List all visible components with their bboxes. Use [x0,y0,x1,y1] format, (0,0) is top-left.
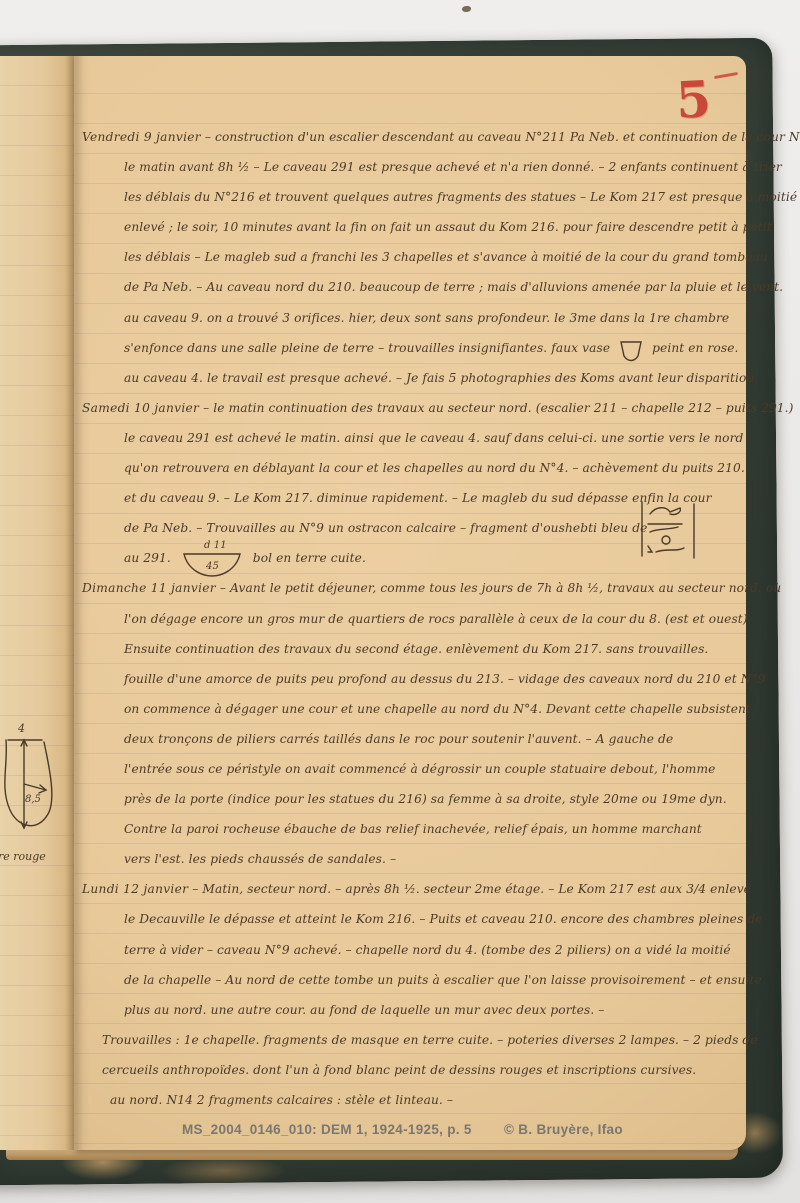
journal-line: au nord. N14 2 fragments calcaires : stè… [78,1085,746,1115]
entry-text: les déblais – Le magleb sud a franchi le… [124,250,768,264]
folio-number: 5 [674,69,712,130]
entry-text: Contre la paroi rocheuse ébauche de bas … [124,822,702,836]
manuscript-id: MS_2004_0146_010: DEM 1, 1924-1925, p. 5 [182,1122,472,1137]
entry-text: l'entrée sous ce péristyle on avait comm… [124,762,715,776]
journal-line: près de la porte (indice pour les statue… [78,784,746,814]
journal-line: Ensuite continuation des travaux du seco… [78,634,746,664]
entry-text: Ensuite continuation des travaux du seco… [124,642,708,656]
entry-text: au caveau 4. le travail est presque ache… [124,371,754,385]
date-heading: Samedi 10 janvier [82,401,199,415]
journal-line: on commence à dégager une cour et une ch… [78,694,746,724]
margin-dim-top: 4 [17,722,25,735]
journal-line: cercueils anthropoïdes. dont l'un à fond… [78,1055,746,1085]
journal-text: Vendredi 9 janvier – construction d'un e… [78,122,746,1115]
journal-line-with-vase: s'enfonce dans une salle pleine de terre… [78,333,746,363]
entry-text: on commence à dégager une cour et une ch… [124,702,751,716]
journal-line: de Pa Neb. – Au caveau nord du 210. beau… [78,272,746,302]
entry-text: – Avant le petit déjeuner, comme tous le… [220,581,781,595]
entry-text: Trouvailles : 1e chapelle. fragments de … [102,1033,758,1047]
journal-line: le Decauville le dépasse et atteint le K… [78,904,746,934]
journal-line: vers l'est. les pieds chaussés de sandal… [78,844,746,874]
entry-text: – construction d'un escalier descendant … [205,130,800,144]
copyright-credit: © B. Bruyère, Ifao [504,1122,623,1137]
entry-text: s'enfonce dans une salle pleine de terre… [124,341,610,355]
journal-line: au caveau 4. le travail est presque ache… [78,363,746,393]
journal-line: les déblais – Le magleb sud a franchi le… [78,242,746,272]
entry-text: deux tronçons de piliers carrés taillés … [124,732,673,746]
entry-text: au nord. N14 2 fragments calcaires : stè… [110,1093,453,1107]
entry-text: qu'on retrouvera en déblayant la cour et… [124,461,745,475]
journal-line: le matin avant 8h ½ – Le caveau 291 est … [78,152,746,182]
entry-text: l'on dégage encore un gros mur de quarti… [124,612,748,626]
entry-date-line: Samedi 10 janvier – le matin continuatio… [78,393,746,423]
bowl-dim-label: d 11 [204,540,227,551]
entry-text: plus au nord. une autre cour. au fond de… [124,1003,604,1017]
journal-line: plus au nord. une autre cour. au fond de… [78,995,746,1025]
entry-text: peint en rose. [652,341,738,355]
entry-text: le caveau 291 est achevé le matin. ainsi… [124,431,743,445]
entry-date-line: Dimanche 11 janvier – Avant le petit déj… [78,573,746,603]
entry-text: le matin avant 8h ½ – Le caveau 291 est … [124,160,782,174]
margin-caption: re rouge [0,850,46,863]
entry-text: près de la porte (indice pour les statue… [124,792,727,806]
journal-line: et du caveau 9. – Le Kom 217. diminue ra… [78,483,746,513]
entry-text: et du caveau 9. – Le Kom 217. diminue ra… [124,491,712,505]
journal-line: le caveau 291 est achevé le matin. ainsi… [78,423,746,453]
entry-text: cercueils anthropoïdes. dont l'un à fond… [102,1063,696,1077]
journal-line: au caveau 9. on a trouvé 3 orifices. hie… [78,303,746,333]
entry-text: enlevé ; le soir, 10 minutes avant la fi… [124,220,772,234]
entry-text: de la chapelle – Au nord de cette tombe … [124,973,762,987]
journal-line: l'entrée sous ce péristyle on avait comm… [78,754,746,784]
bowl-number-label: 45 [205,561,219,572]
journal-line: deux tronçons de piliers carrés taillés … [78,724,746,754]
entry-text: – le matin continuation des travaux au s… [203,401,793,415]
journal-line: fouille d'une amorce de puits peu profon… [78,664,746,694]
journal-line: Trouvailles : 1e chapelle. fragments de … [78,1025,746,1055]
journal-line: Contre la paroi rocheuse ébauche de bas … [78,814,746,844]
entry-text: fouille d'une amorce de puits peu profon… [124,672,766,686]
ink-speck [462,6,471,12]
entry-text: au 291. [124,551,171,565]
journal-line: l'on dégage encore un gros mur de quarti… [78,604,746,634]
entry-text: vers l'est. les pieds chaussés de sandal… [124,852,396,866]
entry-text: au caveau 9. on a trouvé 3 orifices. hie… [124,311,729,325]
journal-line-with-bowl: au 291. d 11 45 bol en terre cuite. [78,543,746,573]
date-heading: Vendredi 9 janvier [82,130,201,144]
journal-line: qu'on retrouvera en déblayant la cour et… [78,453,746,483]
entry-text: de Pa Neb. – Trouvailles au N°9 un ostra… [124,521,647,535]
date-heading: Lundi 12 janvier [82,882,188,896]
entry-text: le Decauville le dépasse et atteint le K… [124,912,763,926]
journal-line: terre à vider – caveau N°9 achevé. – cha… [78,935,746,965]
faux-vase-sketch [619,338,643,364]
bowl-sketch: d 11 45 [180,538,244,578]
entry-text: – Matin, secteur nord. – après 8h ½. sec… [192,882,751,896]
entry-text: bol en terre cuite. [253,551,366,565]
entry-date-line: Vendredi 9 janvier – construction d'un e… [78,122,746,152]
margin-vase-sketch: 4 8,5 re rouge [0,718,66,868]
journal-line: de la chapelle – Au nord de cette tombe … [78,965,746,995]
entry-date-line: Lundi 12 janvier – Matin, secteur nord. … [78,874,746,904]
entry-text: terre à vider – caveau N°9 achevé. – cha… [124,943,731,957]
date-heading: Dimanche 11 janvier [82,581,216,595]
entry-text: les déblais du N°216 et trouvent quelque… [124,190,797,204]
margin-dim-side: 8,5 [25,794,41,805]
journal-line: enlevé ; le soir, 10 minutes avant la fi… [78,212,746,242]
journal-line: les déblais du N°216 et trouvent quelque… [78,182,746,212]
entry-text: de Pa Neb. – Au caveau nord du 210. beau… [124,280,783,294]
journal-line: de Pa Neb. – Trouvailles au N°9 un ostra… [78,513,746,543]
